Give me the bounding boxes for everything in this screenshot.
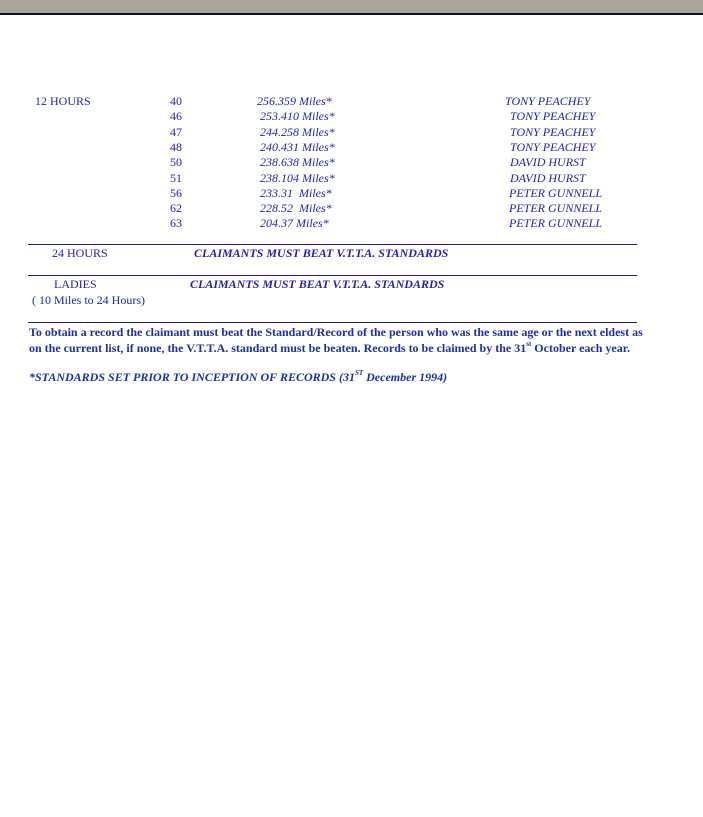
record-age: 46 bbox=[170, 109, 182, 124]
footer-line2-text: on the current list, if none, the V.T.T.… bbox=[29, 341, 526, 355]
record-distance: 253.410 Miles* bbox=[260, 109, 335, 124]
record-distance: 233.31 Miles* bbox=[260, 186, 332, 201]
standards-text: *STANDARDS SET PRIOR TO INCEPTION OF REC… bbox=[29, 370, 355, 384]
record-distance: 238.104 Miles* bbox=[260, 171, 335, 186]
footer-rule-line-2: on the current list, if none, the V.T.T.… bbox=[29, 340, 630, 356]
note-24-hours: CLAIMANTS MUST BEAT V.T.T.A. STANDARDS bbox=[194, 246, 448, 261]
record-age: 63 bbox=[170, 216, 182, 231]
note-ladies: CLAIMANTS MUST BEAT V.T.T.A. STANDARDS bbox=[190, 277, 444, 292]
record-holder: TONY PEACHEY bbox=[510, 125, 595, 140]
record-holder: DAVID HURST bbox=[510, 171, 586, 186]
record-distance: 240.431 Miles* bbox=[260, 140, 335, 155]
record-age: 48 bbox=[170, 140, 182, 155]
record-age: 47 bbox=[170, 125, 182, 140]
record-age: 50 bbox=[170, 155, 182, 170]
footer-line2-text-end: October each year. bbox=[531, 341, 630, 355]
record-age: 40 bbox=[170, 94, 182, 109]
category-ladies: LADIES bbox=[54, 277, 97, 292]
standards-text-end: December 1994) bbox=[363, 370, 447, 384]
standards-note: *STANDARDS SET PRIOR TO INCEPTION OF REC… bbox=[29, 369, 447, 385]
record-age: 62 bbox=[170, 201, 182, 216]
record-distance: 238.638 Miles* bbox=[260, 155, 335, 170]
top-toolbar-bar bbox=[0, 0, 703, 13]
record-age: 51 bbox=[170, 171, 182, 186]
record-holder: TONY PEACHEY bbox=[505, 94, 590, 109]
record-holder: PETER GUNNELL bbox=[509, 216, 602, 231]
record-distance: 256.359 Miles* bbox=[257, 94, 332, 109]
record-holder: TONY PEACHEY bbox=[510, 109, 595, 124]
record-holder: TONY PEACHEY bbox=[510, 140, 595, 155]
record-age: 56 bbox=[170, 186, 182, 201]
standards-sup: ST bbox=[355, 369, 363, 377]
toolbar-divider bbox=[0, 13, 703, 15]
record-holder: PETER GUNNELL bbox=[509, 201, 602, 216]
divider-rule bbox=[28, 322, 637, 323]
category-12-hours: 12 HOURS bbox=[35, 94, 91, 109]
record-distance: 244.258 Miles* bbox=[260, 125, 335, 140]
category-24-hours: 24 HOURS bbox=[52, 246, 108, 261]
ladies-subtitle: ( 10 Miles to 24 Hours) bbox=[32, 293, 145, 308]
record-distance: 228.52 Miles* bbox=[260, 201, 332, 216]
record-distance: 204.37 Miles* bbox=[260, 216, 329, 231]
divider-rule bbox=[28, 244, 637, 245]
divider-rule bbox=[28, 275, 637, 276]
record-holder: PETER GUNNELL bbox=[509, 186, 602, 201]
record-holder: DAVID HURST bbox=[510, 155, 586, 170]
footer-rule-line-1: To obtain a record the claimant must bea… bbox=[29, 324, 643, 340]
